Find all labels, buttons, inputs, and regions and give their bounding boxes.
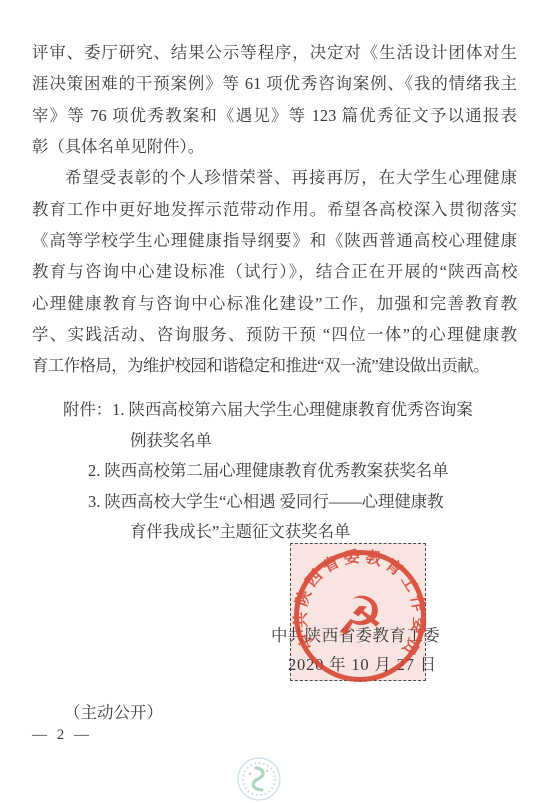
watermark-s-mark xyxy=(253,768,263,790)
attachment-line: 例获奖名单 xyxy=(63,426,523,457)
circular-watermark-logo xyxy=(236,756,282,802)
body-line: 育工作格局，为维护校园和谐稳定和推进“双一流”建设做出贡献。 xyxy=(32,350,517,381)
body-line: 学、实践活动、咨询服务、预防干预 “四位一体”的心理健康教 xyxy=(32,319,517,350)
body-line: 评审、委厅研究、结果公示等程序，决定对《生活设计团体对生 xyxy=(32,37,517,68)
document-page: 评审、委厅研究、结果公示等程序，决定对《生活设计团体对生 涯决策困难的干预案例》… xyxy=(0,0,541,803)
body-line: 希望受表彰的个人珍惜荣誉、再接再厉，在大学生心理健康 xyxy=(32,162,517,193)
body-line: 涯决策困难的干预案例》等 61 项优秀咨询案例、《我的情绪我主 xyxy=(32,68,517,99)
body-line: 教育与咨询中心建设标准（试行）》，结合正在开展的“陕西高校 xyxy=(32,256,517,287)
body-line: 心理健康教育与咨询中心标准化建设”工作，加强和完善教育教 xyxy=(32,288,517,319)
body-text: 评审、委厅研究、结果公示等程序，决定对《生活设计团体对生 涯决策困难的干预案例》… xyxy=(32,37,517,382)
body-line: 宰》等 76 项优秀教案和《遇见》等 123 篇优秀征文予以通报表 xyxy=(32,100,517,131)
hammer-sickle-emblem-icon: ☭ xyxy=(336,585,384,648)
attachment-list: 附件：1. 陕西高校第六届大学生心理健康教育优秀咨询案 例获奖名单 2. 陕西高… xyxy=(63,395,523,548)
body-line: 教育工作中更好地发挥示范带动作用。希望各高校深入贯彻落实 xyxy=(32,194,517,225)
watermark-dot xyxy=(249,773,251,775)
attachment-line: 附件：1. 陕西高校第六届大学生心理健康教育优秀咨询案 xyxy=(63,395,523,426)
attachment-line: 3. 陕西高校大学生“心相遇 爱同行——心理健康教 xyxy=(63,487,523,518)
disclosure-note: （主动公开） xyxy=(64,699,163,723)
watermark-dot xyxy=(266,770,268,772)
body-line: 彰（具体名单见附件）。 xyxy=(32,131,517,162)
attachment-line: 2. 陕西高校第二届心理健康教育优秀教案获奖名单 xyxy=(63,456,523,487)
page-number: — 2 — xyxy=(32,727,92,744)
official-seal: 中共陕西省委教育工作委员会 ☭ xyxy=(292,548,428,684)
body-line: 《高等学校学生心理健康指导纲要》和《陕西普通高校心理健康 xyxy=(32,225,517,256)
